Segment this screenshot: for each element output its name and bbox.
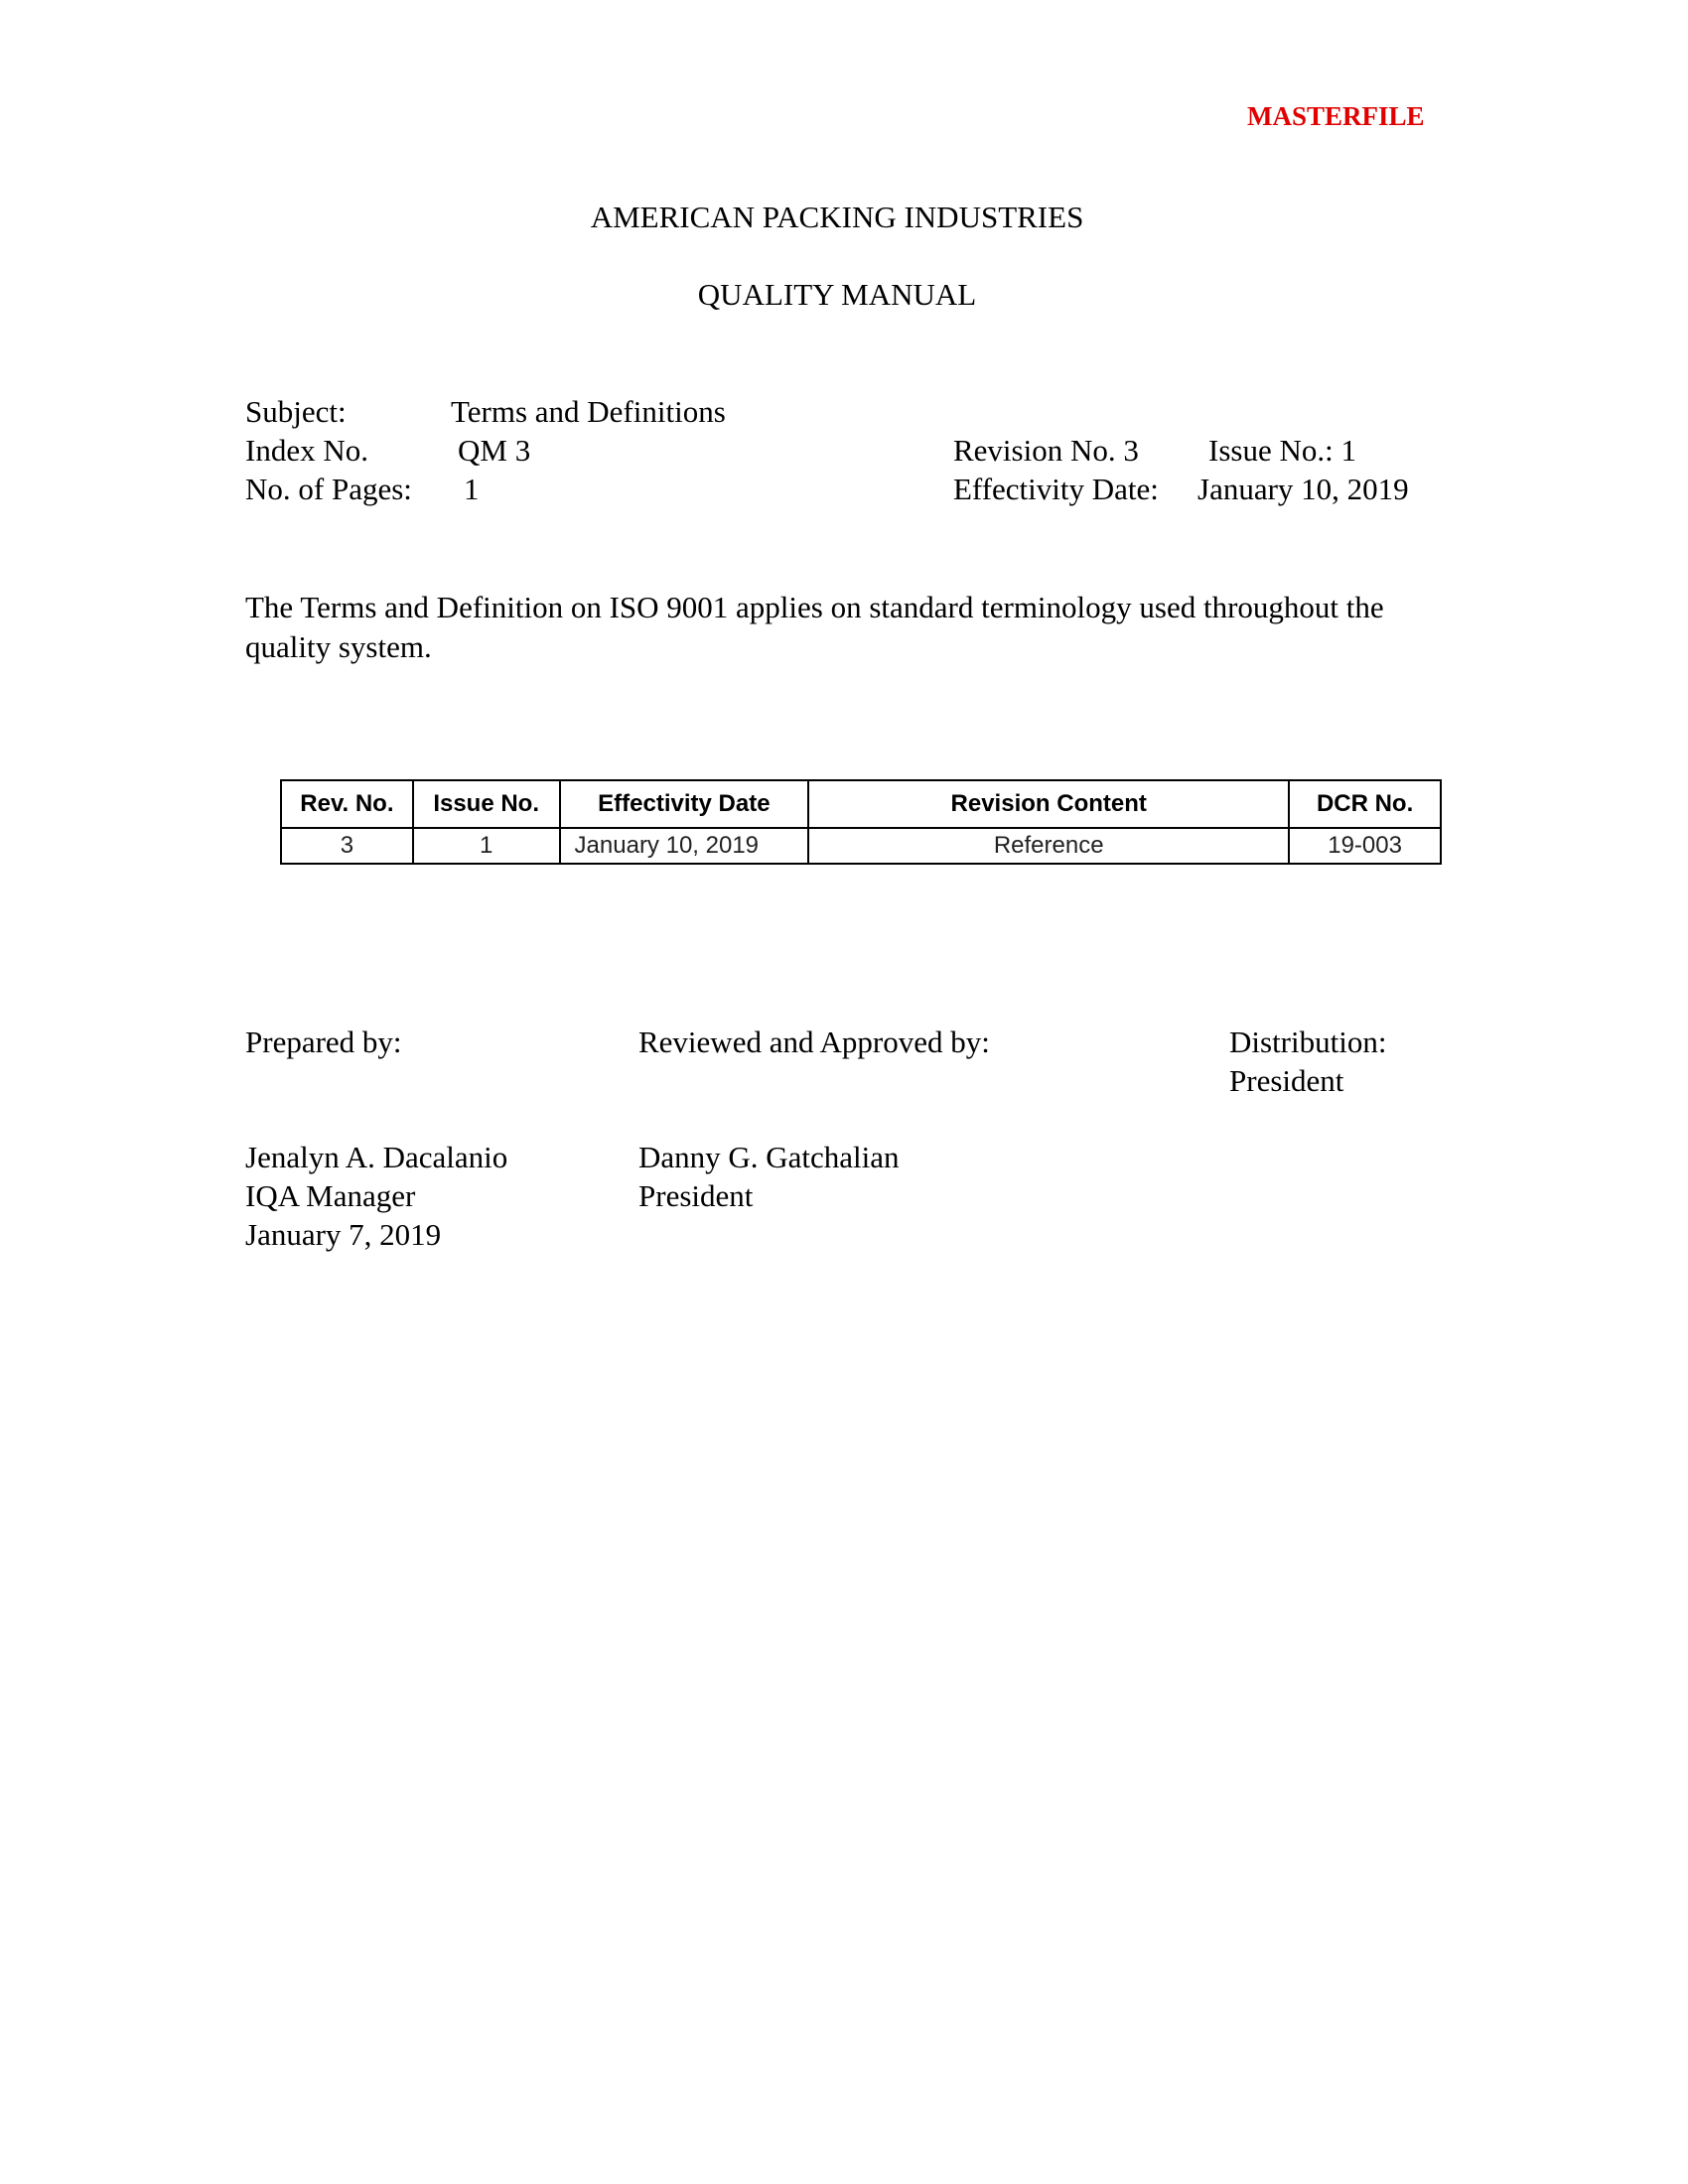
header-revision-content: Revision Content [808, 780, 1289, 828]
table-header-row: Rev. No. Issue No. Effectivity Date Revi… [281, 780, 1441, 828]
header-issue-no: Issue No. [413, 780, 560, 828]
prepared-by-label: Prepared by: [245, 1026, 402, 1057]
index-value: QM 3 [458, 435, 530, 466]
effectivity-label: Effectivity Date: [953, 474, 1159, 504]
table-row: 3 1 January 10, 2019 Reference 19-003 [281, 828, 1441, 864]
header-effectivity-date: Effectivity Date [560, 780, 809, 828]
issue-number: Issue No.: 1 [1208, 435, 1356, 466]
pages-label: No. of Pages: [245, 474, 412, 504]
revision-number: Revision No. 3 [953, 435, 1139, 466]
cell-effectivity-date: January 10, 2019 [560, 828, 809, 864]
revision-table: Rev. No. Issue No. Effectivity Date Revi… [280, 779, 1442, 865]
company-name: AMERICAN PACKING INDUSTRIES [0, 202, 1674, 232]
prepared-date: January 7, 2019 [245, 1219, 441, 1250]
header-rev-no: Rev. No. [281, 780, 413, 828]
document-type: QUALITY MANUAL [0, 279, 1674, 310]
reviewed-by-label: Reviewed and Approved by: [638, 1026, 990, 1057]
reviewed-name: Danny G. Gatchalian [638, 1142, 900, 1172]
pages-value: 1 [464, 474, 480, 504]
distribution-label: Distribution: [1229, 1026, 1386, 1057]
cell-rev-no: 3 [281, 828, 413, 864]
cell-dcr-no: 19-003 [1289, 828, 1441, 864]
body-paragraph: The Terms and Definition on ISO 9001 app… [245, 588, 1467, 667]
masterfile-stamp: MASTERFILE [1247, 101, 1425, 132]
subject-label: Subject: [245, 396, 347, 427]
cell-revision-content: Reference [808, 828, 1289, 864]
effectivity-value: January 10, 2019 [1197, 474, 1409, 504]
prepared-title: IQA Manager [245, 1180, 415, 1211]
reviewed-title: President [638, 1180, 753, 1211]
cell-issue-no: 1 [413, 828, 560, 864]
header-dcr-no: DCR No. [1289, 780, 1441, 828]
subject-value: Terms and Definitions [451, 396, 726, 427]
prepared-name: Jenalyn A. Dacalanio [245, 1142, 507, 1172]
index-label: Index No. [245, 435, 368, 466]
distribution-value: President [1229, 1065, 1343, 1096]
